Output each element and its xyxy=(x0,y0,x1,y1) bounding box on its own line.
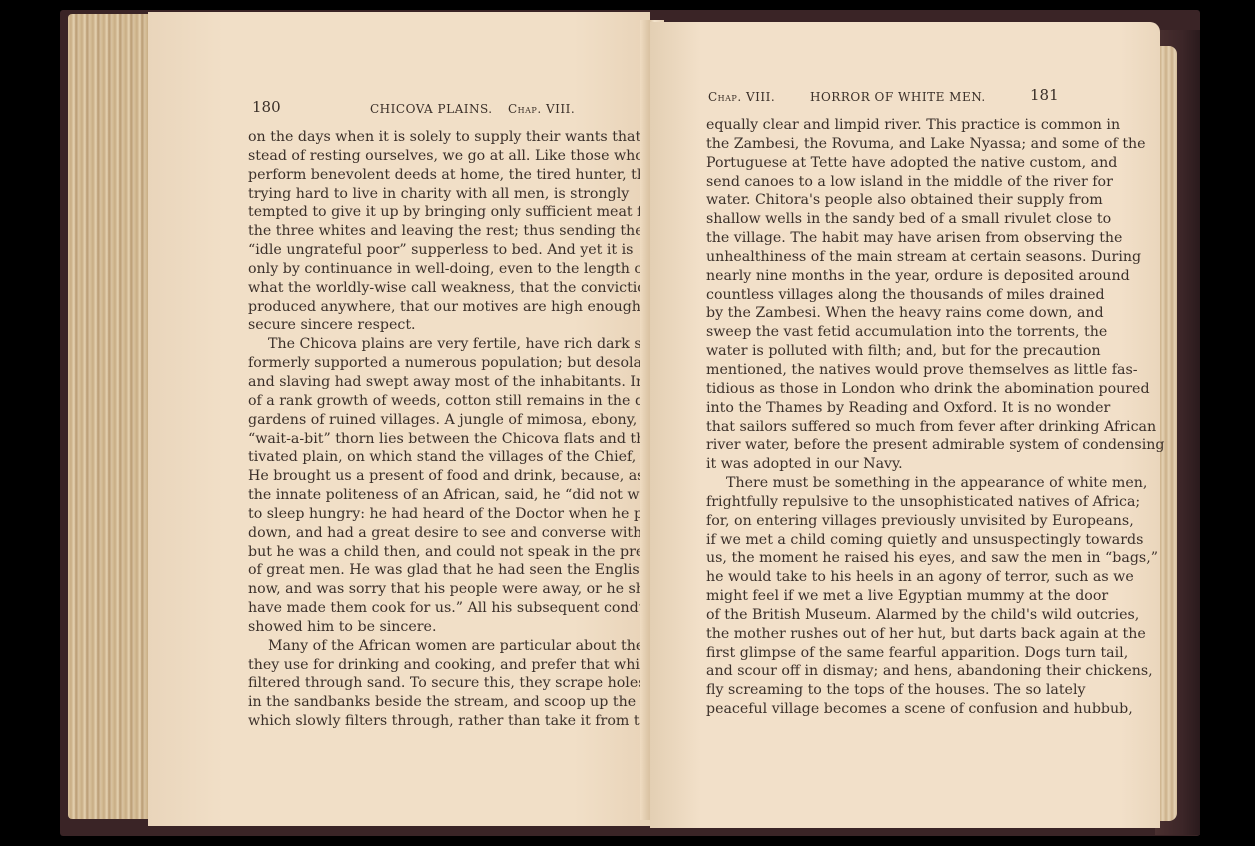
text-line: countless villages along the thousands o… xyxy=(706,286,1051,305)
text-line: mentioned, the natives would prove thems… xyxy=(706,361,1051,380)
text-line: in the sandbanks beside the stream, and … xyxy=(248,693,620,712)
page-edges-left xyxy=(68,14,158,819)
text-line: and scour off in dismay; and hens, aband… xyxy=(706,662,1051,681)
text-line: There must be something in the appearanc… xyxy=(706,474,1051,493)
text-line: it was adopted in our Navy. xyxy=(706,455,1051,474)
text-line: down, and had a great desire to see and … xyxy=(248,524,620,543)
text-line: sweep the vast fetid accumulation into t… xyxy=(706,323,1051,342)
text-line: the three whites and leaving the rest; t… xyxy=(248,222,620,241)
text-line: now, and was sorry that his people were … xyxy=(248,580,620,599)
text-line: The Chicova plains are very fertile, hav… xyxy=(248,335,620,354)
right-page-body: equally clear and limpid river. This pra… xyxy=(706,116,1051,719)
text-line: into the Thames by Reading and Oxford. I… xyxy=(706,399,1051,418)
text-line: “idle ungrateful poor” supperless to bed… xyxy=(248,241,620,260)
text-line: fly screaming to the tops of the houses.… xyxy=(706,681,1051,700)
text-line: the village. The habit may have arisen f… xyxy=(706,229,1051,248)
text-line: gardens of ruined villages. A jungle of … xyxy=(248,411,620,430)
text-line: shallow wells in the sandy bed of a smal… xyxy=(706,210,1051,229)
page-edges-right xyxy=(1157,46,1177,821)
text-line: of the British Museum. Alarmed by the ch… xyxy=(706,606,1051,625)
text-line: He brought us a present of food and drin… xyxy=(248,467,620,486)
text-line: produced anywhere, that our motives are … xyxy=(248,298,620,317)
right-running-title: HORROR OF WHITE MEN. xyxy=(810,90,986,104)
text-line: have made them cook for us.” All his sub… xyxy=(248,599,620,618)
text-line: water is polluted with filth; and, but f… xyxy=(706,342,1051,361)
right-page-number: 181 xyxy=(1030,86,1059,104)
text-line: frightfully repulsive to the unsophistic… xyxy=(706,493,1051,512)
text-line: but he was a child then, and could not s… xyxy=(248,543,620,562)
right-page: Chap. VIII. HORROR OF WHITE MEN. 181 equ… xyxy=(650,22,1160,828)
text-line: tivated plain, on which stand the villag… xyxy=(248,448,620,467)
text-line: only by continuance in well-doing, even … xyxy=(248,260,620,279)
text-line: the Zambesi, the Rovuma, and Lake Nyassa… xyxy=(706,135,1051,154)
text-line: formerly supported a numerous population… xyxy=(248,354,620,373)
text-line: equally clear and limpid river. This pra… xyxy=(706,116,1051,135)
left-page: 180 CHICOVA PLAINS. Chap. VIII. on the d… xyxy=(148,12,650,826)
text-line: tempted to give it up by bringing only s… xyxy=(248,203,620,222)
text-line: trying hard to live in charity with all … xyxy=(248,185,620,204)
text-line: the mother rushes out of her hut, but da… xyxy=(706,625,1051,644)
left-page-number: 180 xyxy=(252,98,281,116)
right-chapter-label: Chap. VIII. xyxy=(708,90,775,104)
text-line: might feel if we met a live Egyptian mum… xyxy=(706,587,1051,606)
text-line: that sailors suffered so much from fever… xyxy=(706,418,1051,437)
left-chapter-label: Chap. VIII. xyxy=(508,102,575,116)
text-line: the innate politeness of an African, sai… xyxy=(248,486,620,505)
text-line: showed him to be sincere. xyxy=(248,618,620,637)
text-line: they use for drinking and cooking, and p… xyxy=(248,656,620,675)
text-line: and slaving had swept away most of the i… xyxy=(248,373,620,392)
left-running-title: CHICOVA PLAINS. xyxy=(370,102,493,116)
text-line: by the Zambesi. When the heavy rains com… xyxy=(706,304,1051,323)
text-line: unhealthiness of the main stream at cert… xyxy=(706,248,1051,267)
text-line: tidious as those in London who drink the… xyxy=(706,380,1051,399)
text-line: he would take to his heels in an agony o… xyxy=(706,568,1051,587)
text-line: Many of the African women are particular… xyxy=(248,637,620,656)
text-line: Portuguese at Tette have adopted the nat… xyxy=(706,154,1051,173)
text-line: peaceful village becomes a scene of conf… xyxy=(706,700,1051,719)
text-line: water. Chitora's people also obtained th… xyxy=(706,191,1051,210)
text-line: if we met a child coming quietly and uns… xyxy=(706,531,1051,550)
text-line: perform benevolent deeds at home, the ti… xyxy=(248,166,620,185)
text-line: of a rank growth of weeds, cotton still … xyxy=(248,392,620,411)
left-page-body: on the days when it is solely to supply … xyxy=(248,128,620,731)
text-line: nearly nine months in the year, ordure i… xyxy=(706,267,1051,286)
text-line: first glimpse of the same fearful appari… xyxy=(706,644,1051,663)
text-line: what the worldly-wise call weakness, tha… xyxy=(248,279,620,298)
text-line: stead of resting ourselves, we go at all… xyxy=(248,147,620,166)
text-line: which slowly filters through, rather tha… xyxy=(248,712,620,731)
text-line: river water, before the present admirabl… xyxy=(706,436,1051,455)
text-line: to sleep hungry: he had heard of the Doc… xyxy=(248,505,620,524)
text-line: filtered through sand. To secure this, t… xyxy=(248,674,620,693)
text-line: of great men. He was glad that he had se… xyxy=(248,561,620,580)
text-line: for, on entering villages previously unv… xyxy=(706,512,1051,531)
text-line: send canoes to a low island in the middl… xyxy=(706,173,1051,192)
text-line: on the days when it is solely to supply … xyxy=(248,128,620,147)
text-line: “wait-a-bit” thorn lies between the Chic… xyxy=(248,430,620,449)
text-line: secure sincere respect. xyxy=(248,316,620,335)
text-line: us, the moment he raised his eyes, and s… xyxy=(706,549,1051,568)
